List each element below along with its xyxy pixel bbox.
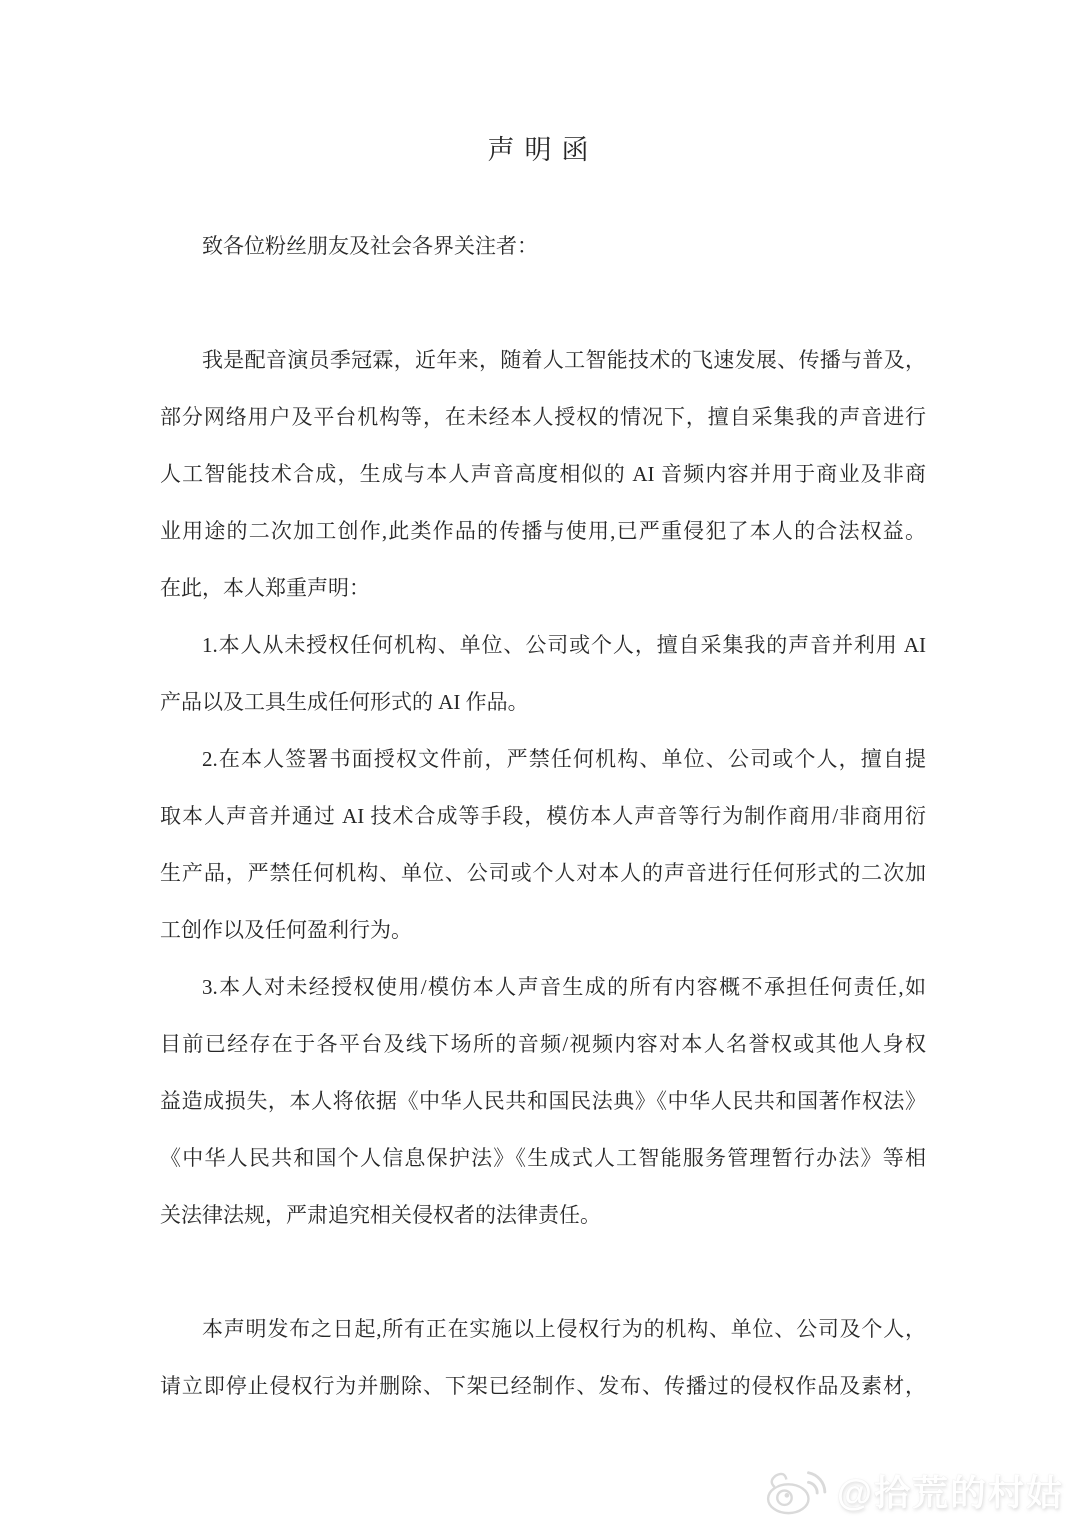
document-line: 本声明发布之日起,所有正在实施以上侵权行为的机构、单位、公司及个人， <box>160 1301 926 1358</box>
document-line: 2.在本人签署书面授权文件前，严禁任何机构、单位、公司或个人，擅自提 <box>160 731 926 788</box>
paragraph: 3.本人对未经授权使用/模仿本人声音生成的所有内容概不承担任何责任,如目前已经存… <box>160 959 926 1244</box>
watermark-handle: @拾荒的村姑 <box>837 1465 1064 1516</box>
document-line: 《中华人民共和国个人信息保护法》《生成式人工智能服务管理暂行办法》等相 <box>160 1130 926 1187</box>
document-line: 工创作以及任何盈利行为。 <box>160 902 926 959</box>
weibo-logo-icon <box>765 1466 827 1516</box>
document-line: 取本人声音并通过 AI 技术合成等手段，模仿本人声音等行为制作商用/非商用衍 <box>160 788 926 845</box>
document-line: 1.本人从未授权任何机构、单位、公司或个人，擅自采集我的声音并利用 AI <box>160 617 926 674</box>
document-line: 业用途的二次加工创作,此类作品的传播与使用,已严重侵犯了本人的合法权益。 <box>160 503 926 560</box>
document-page: 声明函 致各位粉丝朋友及社会各界关注者： 我是配音演员季冠霖，近年来，随着人工智… <box>0 0 1080 1528</box>
document-title: 声明函 <box>160 130 926 170</box>
paragraph: 2.在本人签署书面授权文件前，严禁任何机构、单位、公司或个人，擅自提取本人声音并… <box>160 731 926 959</box>
document-line: 目前已经存在于各平台及线下场所的音频/视频内容对本人名誉权或其他人身权 <box>160 1016 926 1073</box>
document-body: 我是配音演员季冠霖，近年来，随着人工智能技术的飞速发展、传播与普及，部分网络用户… <box>160 332 926 1415</box>
salutation-line: 致各位粉丝朋友及社会各界关注者： <box>160 218 926 275</box>
document-line: 部分网络用户及平台机构等，在未经本人授权的情况下，擅自采集我的声音进行 <box>160 389 926 446</box>
document-line: 3.本人对未经授权使用/模仿本人声音生成的所有内容概不承担任何责任,如 <box>160 959 926 1016</box>
paragraph: 1.本人从未授权任何机构、单位、公司或个人，擅自采集我的声音并利用 AI产品以及… <box>160 617 926 731</box>
document-content: 声明函 致各位粉丝朋友及社会各界关注者： 我是配音演员季冠霖，近年来，随着人工智… <box>160 0 926 1415</box>
document-line: 关法律法规，严肃追究相关侵权者的法律责任。 <box>160 1187 926 1244</box>
paragraph: 我是配音演员季冠霖，近年来，随着人工智能技术的飞速发展、传播与普及，部分网络用户… <box>160 332 926 617</box>
document-line: 产品以及工具生成任何形式的 AI 作品。 <box>160 674 926 731</box>
document-line: 益造成损失，本人将依据《中华人民共和国民法典》《中华人民共和国著作权法》 <box>160 1073 926 1130</box>
weibo-watermark: @拾荒的村姑 <box>765 1465 1064 1516</box>
document-line: 请立即停止侵权行为并删除、下架已经制作、发布、传播过的侵权作品及素材， <box>160 1358 926 1415</box>
document-line: 人工智能技术合成，生成与本人声音高度相似的 AI 音频内容并用于商业及非商 <box>160 446 926 503</box>
document-line: 我是配音演员季冠霖，近年来，随着人工智能技术的飞速发展、传播与普及， <box>160 332 926 389</box>
document-line: 生产品，严禁任何机构、单位、公司或个人对本人的声音进行任何形式的二次加 <box>160 845 926 902</box>
paragraph: 本声明发布之日起,所有正在实施以上侵权行为的机构、单位、公司及个人，请立即停止侵… <box>160 1301 926 1415</box>
document-line: 在此，本人郑重声明： <box>160 560 926 617</box>
